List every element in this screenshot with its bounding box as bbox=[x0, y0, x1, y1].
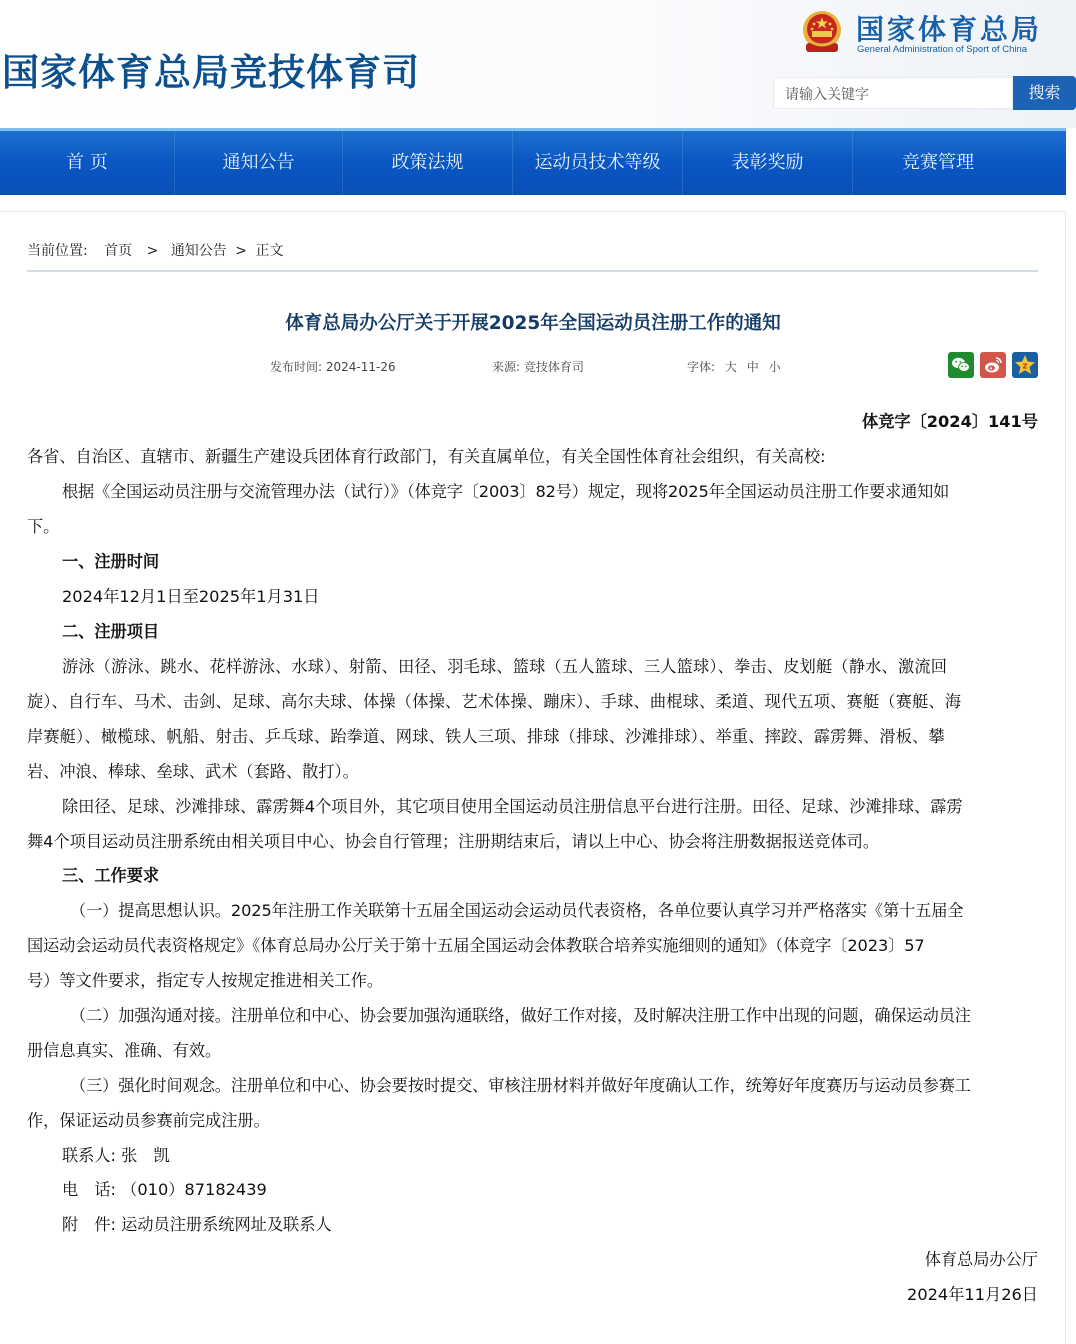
body-paragraph: 岸赛艇）、橄榄球、帆船、射击、乒乓球、跆拳道、网球、铁人三项、排球（排球、沙滩排… bbox=[27, 723, 1038, 747]
nav-item-athlete-grades[interactable]: 运动员技术等级 bbox=[513, 131, 683, 195]
breadcrumb-separator: > bbox=[147, 243, 159, 259]
breadcrumb-current: 正文 bbox=[255, 243, 283, 259]
body-paragraph: 除田径、足球、沙滩排球、霹雳舞4个项目外，其它项目使用全国运动员注册信息平台进行… bbox=[27, 793, 1038, 817]
font-size-large[interactable]: 大 bbox=[725, 360, 737, 374]
nav-item-notices[interactable]: 通知公告 bbox=[175, 131, 343, 195]
font-size-control: 字体: 大 中 小 bbox=[687, 358, 781, 375]
brand-name-en: General Administration of Sport of China bbox=[857, 44, 1027, 55]
body-paragraph: （一）提高思想认识。2025年注册工作关联第十五届全国运动会运动员代表资格，各单… bbox=[27, 897, 1038, 921]
share-weibo-button[interactable] bbox=[980, 352, 1006, 378]
section-heading: 一、注册时间 bbox=[27, 548, 1038, 572]
contact-phone: 电 话: （010）87182439 bbox=[27, 1176, 1038, 1200]
site-title[interactable]: 国家体育总局竞技体育司 bbox=[2, 42, 420, 96]
attachment-link[interactable]: 附 件: 运动员注册系统网址及联系人 bbox=[27, 1211, 1038, 1235]
signature-date: 2024年11月26日 bbox=[27, 1281, 1038, 1305]
svg-text:Z: Z bbox=[1022, 363, 1027, 371]
brand-name-cn: 国家体育总局 bbox=[856, 8, 1042, 48]
breadcrumb-home[interactable]: 首页 bbox=[104, 243, 132, 259]
share-qzone-button[interactable]: Z bbox=[1012, 352, 1038, 378]
nav-item-home[interactable]: 首 页 bbox=[0, 131, 175, 195]
font-size-label: 字体: bbox=[687, 360, 715, 374]
qzone-star-icon: Z bbox=[1012, 352, 1038, 378]
body-paragraph: 册信息真实、准确、有效。 bbox=[27, 1037, 1038, 1061]
document-number: 体竞字〔2024〕141号 bbox=[27, 408, 1038, 432]
body-paragraph: 岩、冲浪、棒球、垒球、武术（套路、散打）。 bbox=[27, 758, 1038, 782]
breadcrumb-notices[interactable]: 通知公告 bbox=[171, 243, 227, 259]
article-source: 来源: 竞技体育司 bbox=[492, 358, 584, 375]
nav-item-policies[interactable]: 政策法规 bbox=[343, 131, 513, 195]
addressee: 各省、自治区、直辖市、新疆生产建设兵团体育行政部门，有关直属单位，有关全国性体育… bbox=[27, 443, 1038, 467]
body-paragraph: （三）强化时间观念。注册单位和中心、协会要按时提交、审核注册材料并做好年度确认工… bbox=[27, 1072, 1038, 1096]
breadcrumb-label: 当前位置: bbox=[27, 243, 88, 259]
national-emblem-icon bbox=[800, 10, 844, 58]
body-paragraph: 下。 bbox=[27, 513, 1038, 537]
breadcrumb: 当前位置: 首页 > 通知公告 > 正文 bbox=[27, 240, 287, 260]
breadcrumb-separator: > bbox=[235, 243, 247, 259]
body-paragraph: 根据《全国运动员注册与交流管理办法（试行）》（体竞字〔2003〕82号）规定，现… bbox=[27, 478, 1038, 502]
breadcrumb-divider bbox=[27, 270, 1038, 272]
body-paragraph: 游泳（游泳、跳水、花样游泳、水球）、射箭、田径、羽毛球、篮球（五人篮球、三人篮球… bbox=[27, 653, 1038, 677]
wechat-icon bbox=[948, 352, 974, 378]
weibo-icon bbox=[980, 352, 1006, 378]
site-header: 国家体育总局竞技体育司 国家体育总局 General Administratio… bbox=[0, 0, 1076, 128]
body-paragraph: 作，保证运动员参赛前完成注册。 bbox=[27, 1107, 1038, 1131]
signature: 体育总局办公厅 bbox=[27, 1246, 1038, 1270]
share-wechat-button[interactable] bbox=[948, 352, 974, 378]
font-size-small[interactable]: 小 bbox=[769, 360, 781, 374]
main-nav: 首 页 通知公告 政策法规 运动员技术等级 表彰奖励 竞赛管理 bbox=[0, 128, 1066, 195]
brand-logo[interactable]: 国家体育总局 General Administration of Sport o… bbox=[798, 6, 1058, 66]
search-input[interactable]: 请输入关键字 bbox=[773, 77, 1013, 109]
section-heading: 三、工作要求 bbox=[27, 862, 1038, 886]
body-paragraph: （二）加强沟通对接。注册单位和中心、协会要加强沟通联络，做好工作对接，及时解决注… bbox=[27, 1002, 1038, 1026]
body-paragraph: 国运动会运动员代表资格规定》《体育总局办公厅关于第十五届全国运动会体教联合培养实… bbox=[27, 932, 1038, 956]
search-button[interactable]: 搜索 bbox=[1013, 76, 1076, 110]
publish-date: 发布时间: 2024-11-26 bbox=[270, 358, 396, 375]
contact-person: 联系人: 张 凯 bbox=[27, 1142, 1038, 1166]
section-heading: 二、注册项目 bbox=[27, 618, 1038, 642]
body-paragraph: 旋）、自行车、马术、击剑、足球、高尔夫球、体操（体操、艺术体操、蹦床）、手球、曲… bbox=[27, 688, 1038, 712]
body-paragraph: 号）等文件要求，指定专人按规定推进相关工作。 bbox=[27, 967, 1038, 991]
nav-item-awards[interactable]: 表彰奖励 bbox=[683, 131, 853, 195]
font-size-medium[interactable]: 中 bbox=[747, 360, 759, 374]
registration-period: 2024年12月1日至2025年1月31日 bbox=[27, 583, 1038, 607]
article-title: 体育总局办公厅关于开展2025年全国运动员注册工作的通知 bbox=[0, 309, 1066, 335]
nav-item-competition[interactable]: 竞赛管理 bbox=[853, 131, 1023, 195]
body-paragraph: 舞4个项目运动员注册系统由相关项目中心、协会自行管理；注册期结束后，请以上中心、… bbox=[27, 828, 1038, 852]
